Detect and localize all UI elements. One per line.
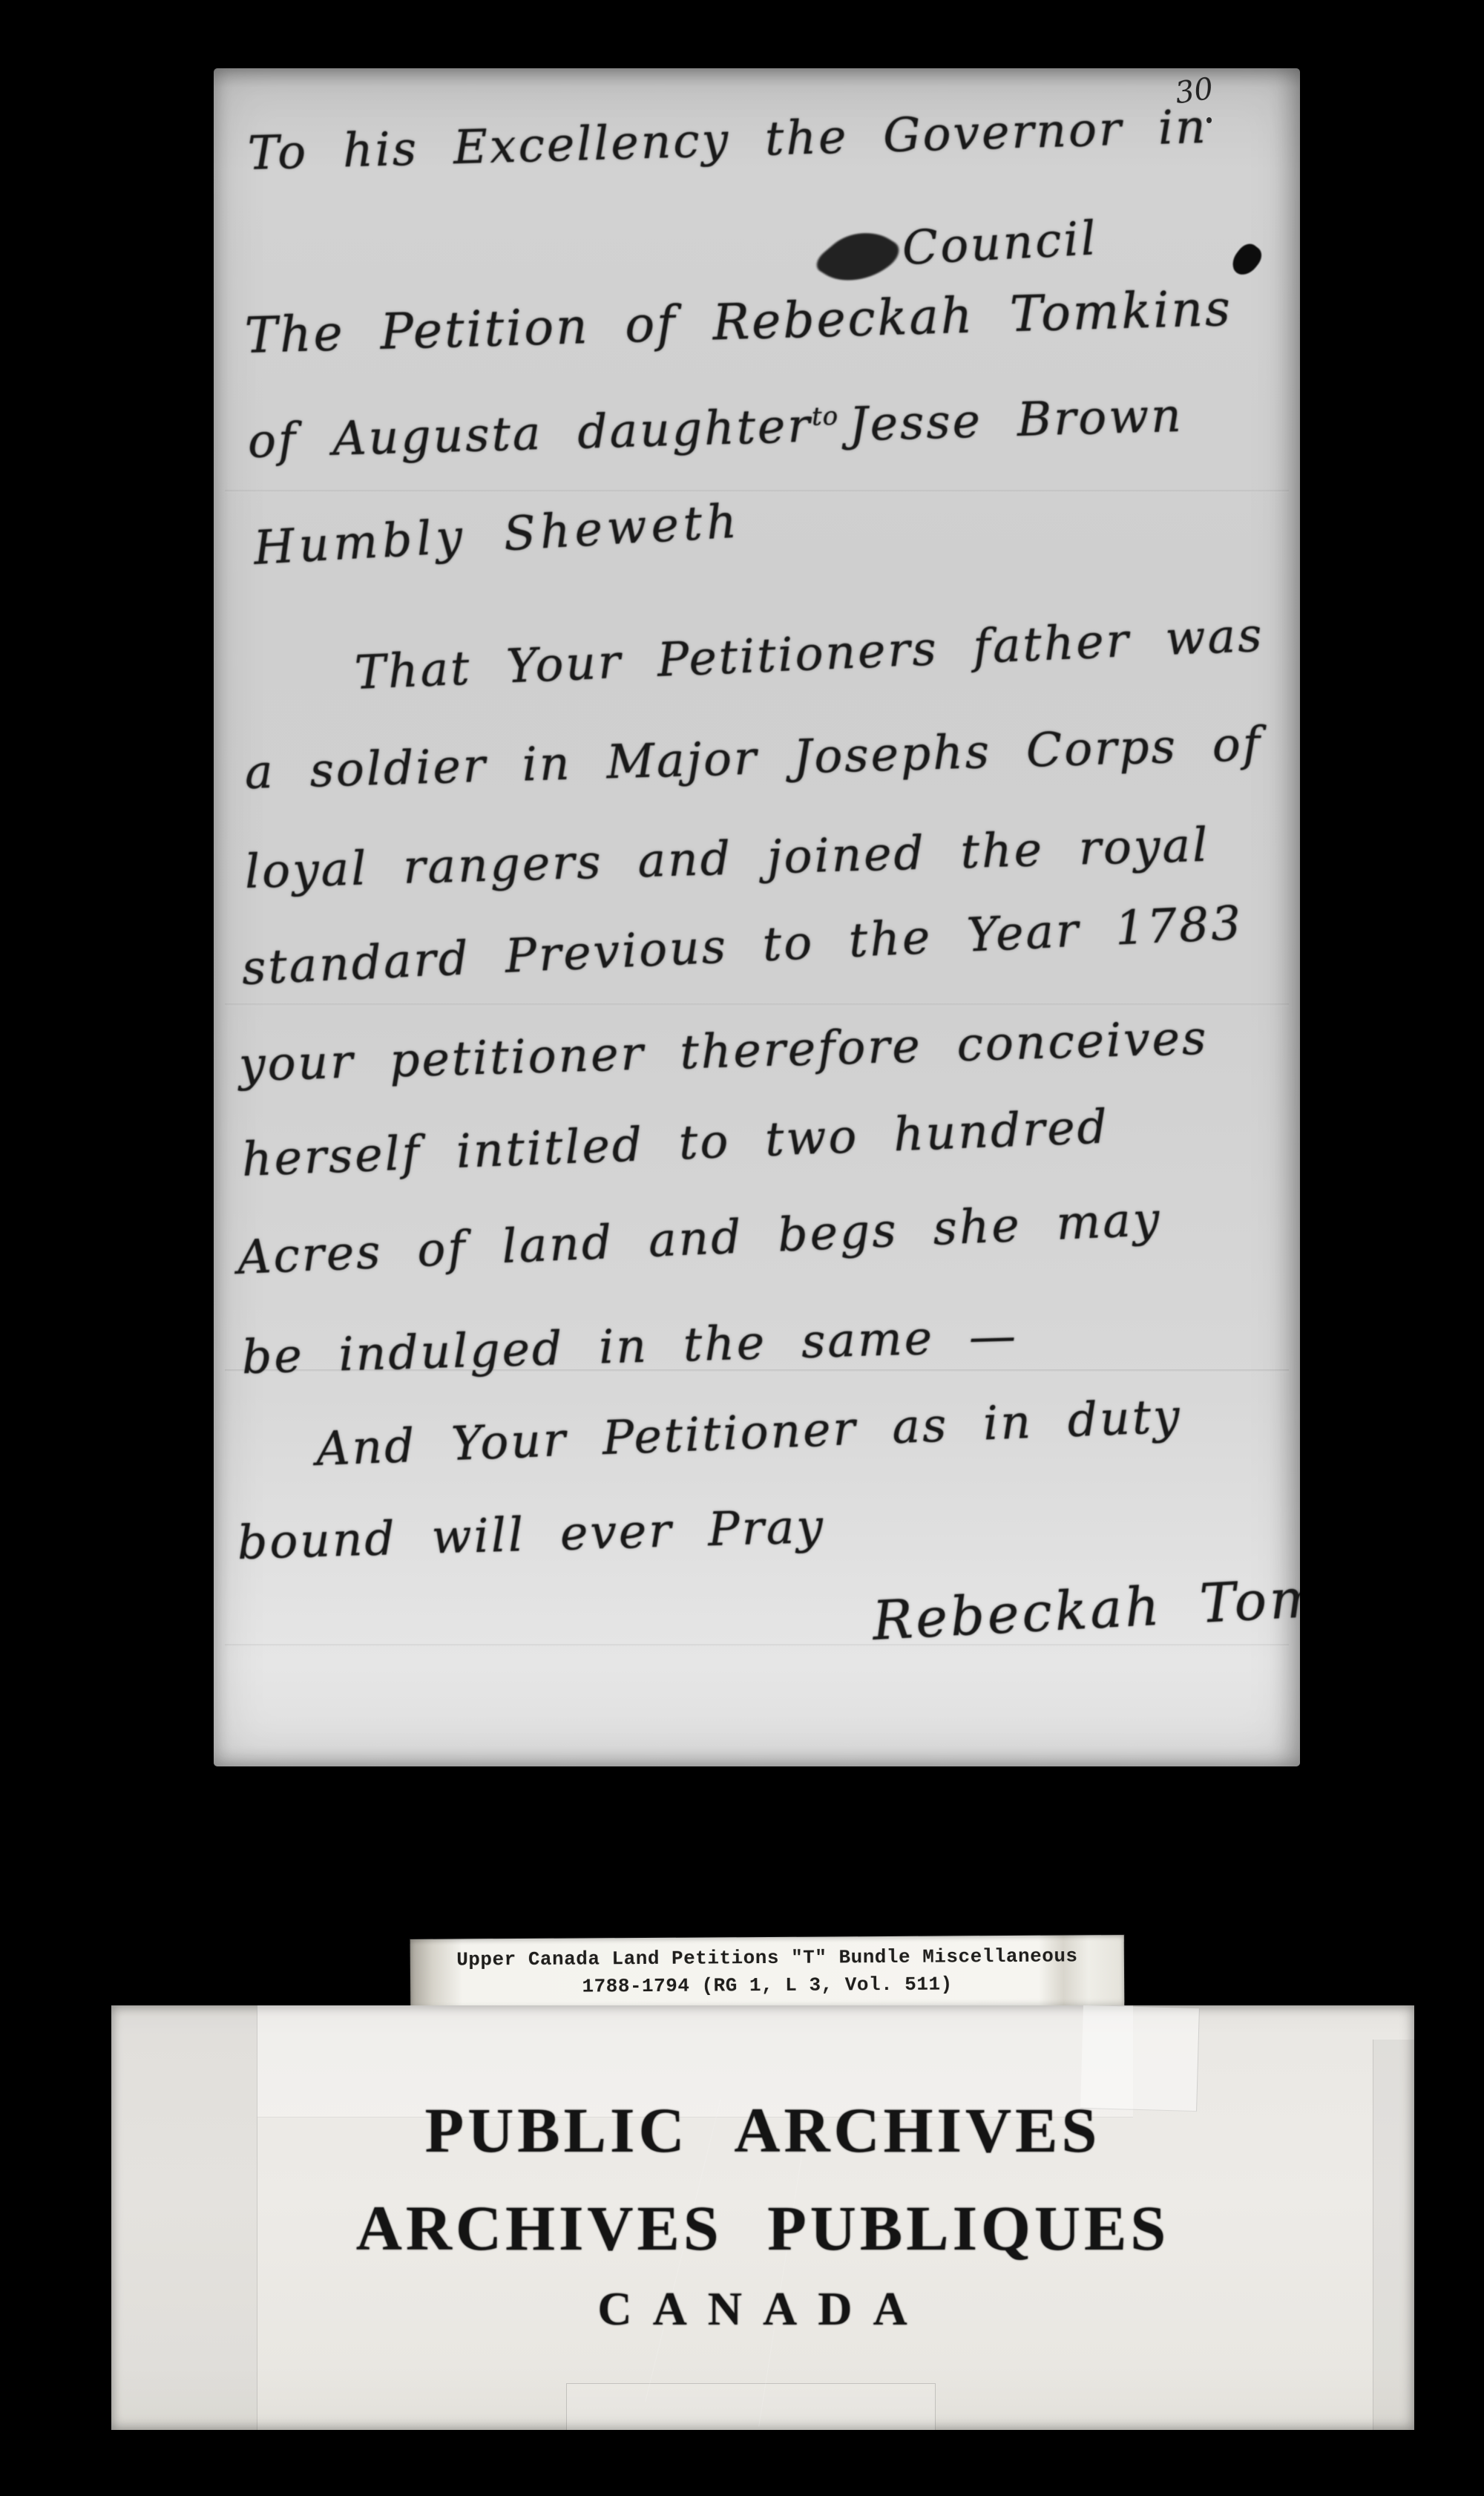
- ink-blot: [1227, 240, 1266, 280]
- label-line-1: Upper Canada Land Petitions "T" Bundle M…: [410, 1945, 1124, 1971]
- petition-line-5: Humbly Sheweth: [252, 494, 743, 575]
- petition-line-4-text: of Augusta daughter: [247, 399, 812, 468]
- stamp-line-canada: CANADA: [111, 2282, 1414, 2336]
- petition-line-14: And Your Petitioner as in duty: [315, 1389, 1183, 1476]
- petition-line-1: To his Excellency the Governor in: [247, 99, 1209, 180]
- petition-line-15: bound will ever Pray: [237, 1499, 826, 1570]
- petition-line-2: Council: [901, 211, 1099, 275]
- petition-line-4: of Augusta daughtertoJesse Brown: [247, 388, 1184, 468]
- superscript-to: to: [811, 402, 838, 432]
- petition-line-11: herself intitled to two hundred: [241, 1099, 1111, 1187]
- petition-line-10: your petitioner therefore conceives: [238, 1011, 1209, 1092]
- petition-line-9: standard Previous to the Year 1783: [240, 896, 1244, 995]
- petition-line-12: Acres of land and begs she may: [236, 1192, 1162, 1285]
- petition-line-4-continuation: Jesse Brown: [848, 388, 1183, 452]
- paper-crease: [225, 1003, 1290, 1006]
- archive-reference-label: Upper Canada Land Petitions "T" Bundle M…: [410, 1935, 1125, 2011]
- overlapping-sheet-outline: [566, 2383, 936, 2430]
- petition-document: 30 To his Excellency the Governor in Cou…: [214, 68, 1300, 1766]
- ink-flourish: [810, 221, 907, 293]
- petition-line-6: That Your Petitioners father was: [353, 608, 1264, 700]
- petition-line-8: loyal rangers and joined the royal: [244, 818, 1210, 899]
- stamp-line-archives-publiques: ARCHIVES PUBLIQUES: [111, 2191, 1414, 2265]
- petition-line-3: The Petition of Rebeckah Tomkins: [244, 280, 1233, 364]
- stamp-line-public-archives: PUBLIC ARCHIVES: [111, 2093, 1414, 2167]
- petition-line-13: be indulged in the same —: [241, 1308, 1019, 1384]
- scanned-document-page: 30 To his Excellency the Governor in Cou…: [0, 0, 1484, 2496]
- paper-crease: [225, 1644, 1290, 1647]
- signature: Rebeckah Tomkins: [871, 1560, 1300, 1652]
- paper-crease: [225, 490, 1290, 493]
- label-line-2: 1788-1794 (RG 1, L 3, Vol. 511): [410, 1972, 1124, 1999]
- petition-line-7: a soldier in Major Josephs Corps of: [244, 717, 1263, 799]
- archives-stamp-sheet: PUBLIC ARCHIVES ARCHIVES PUBLIQUES CANAD…: [111, 2005, 1414, 2430]
